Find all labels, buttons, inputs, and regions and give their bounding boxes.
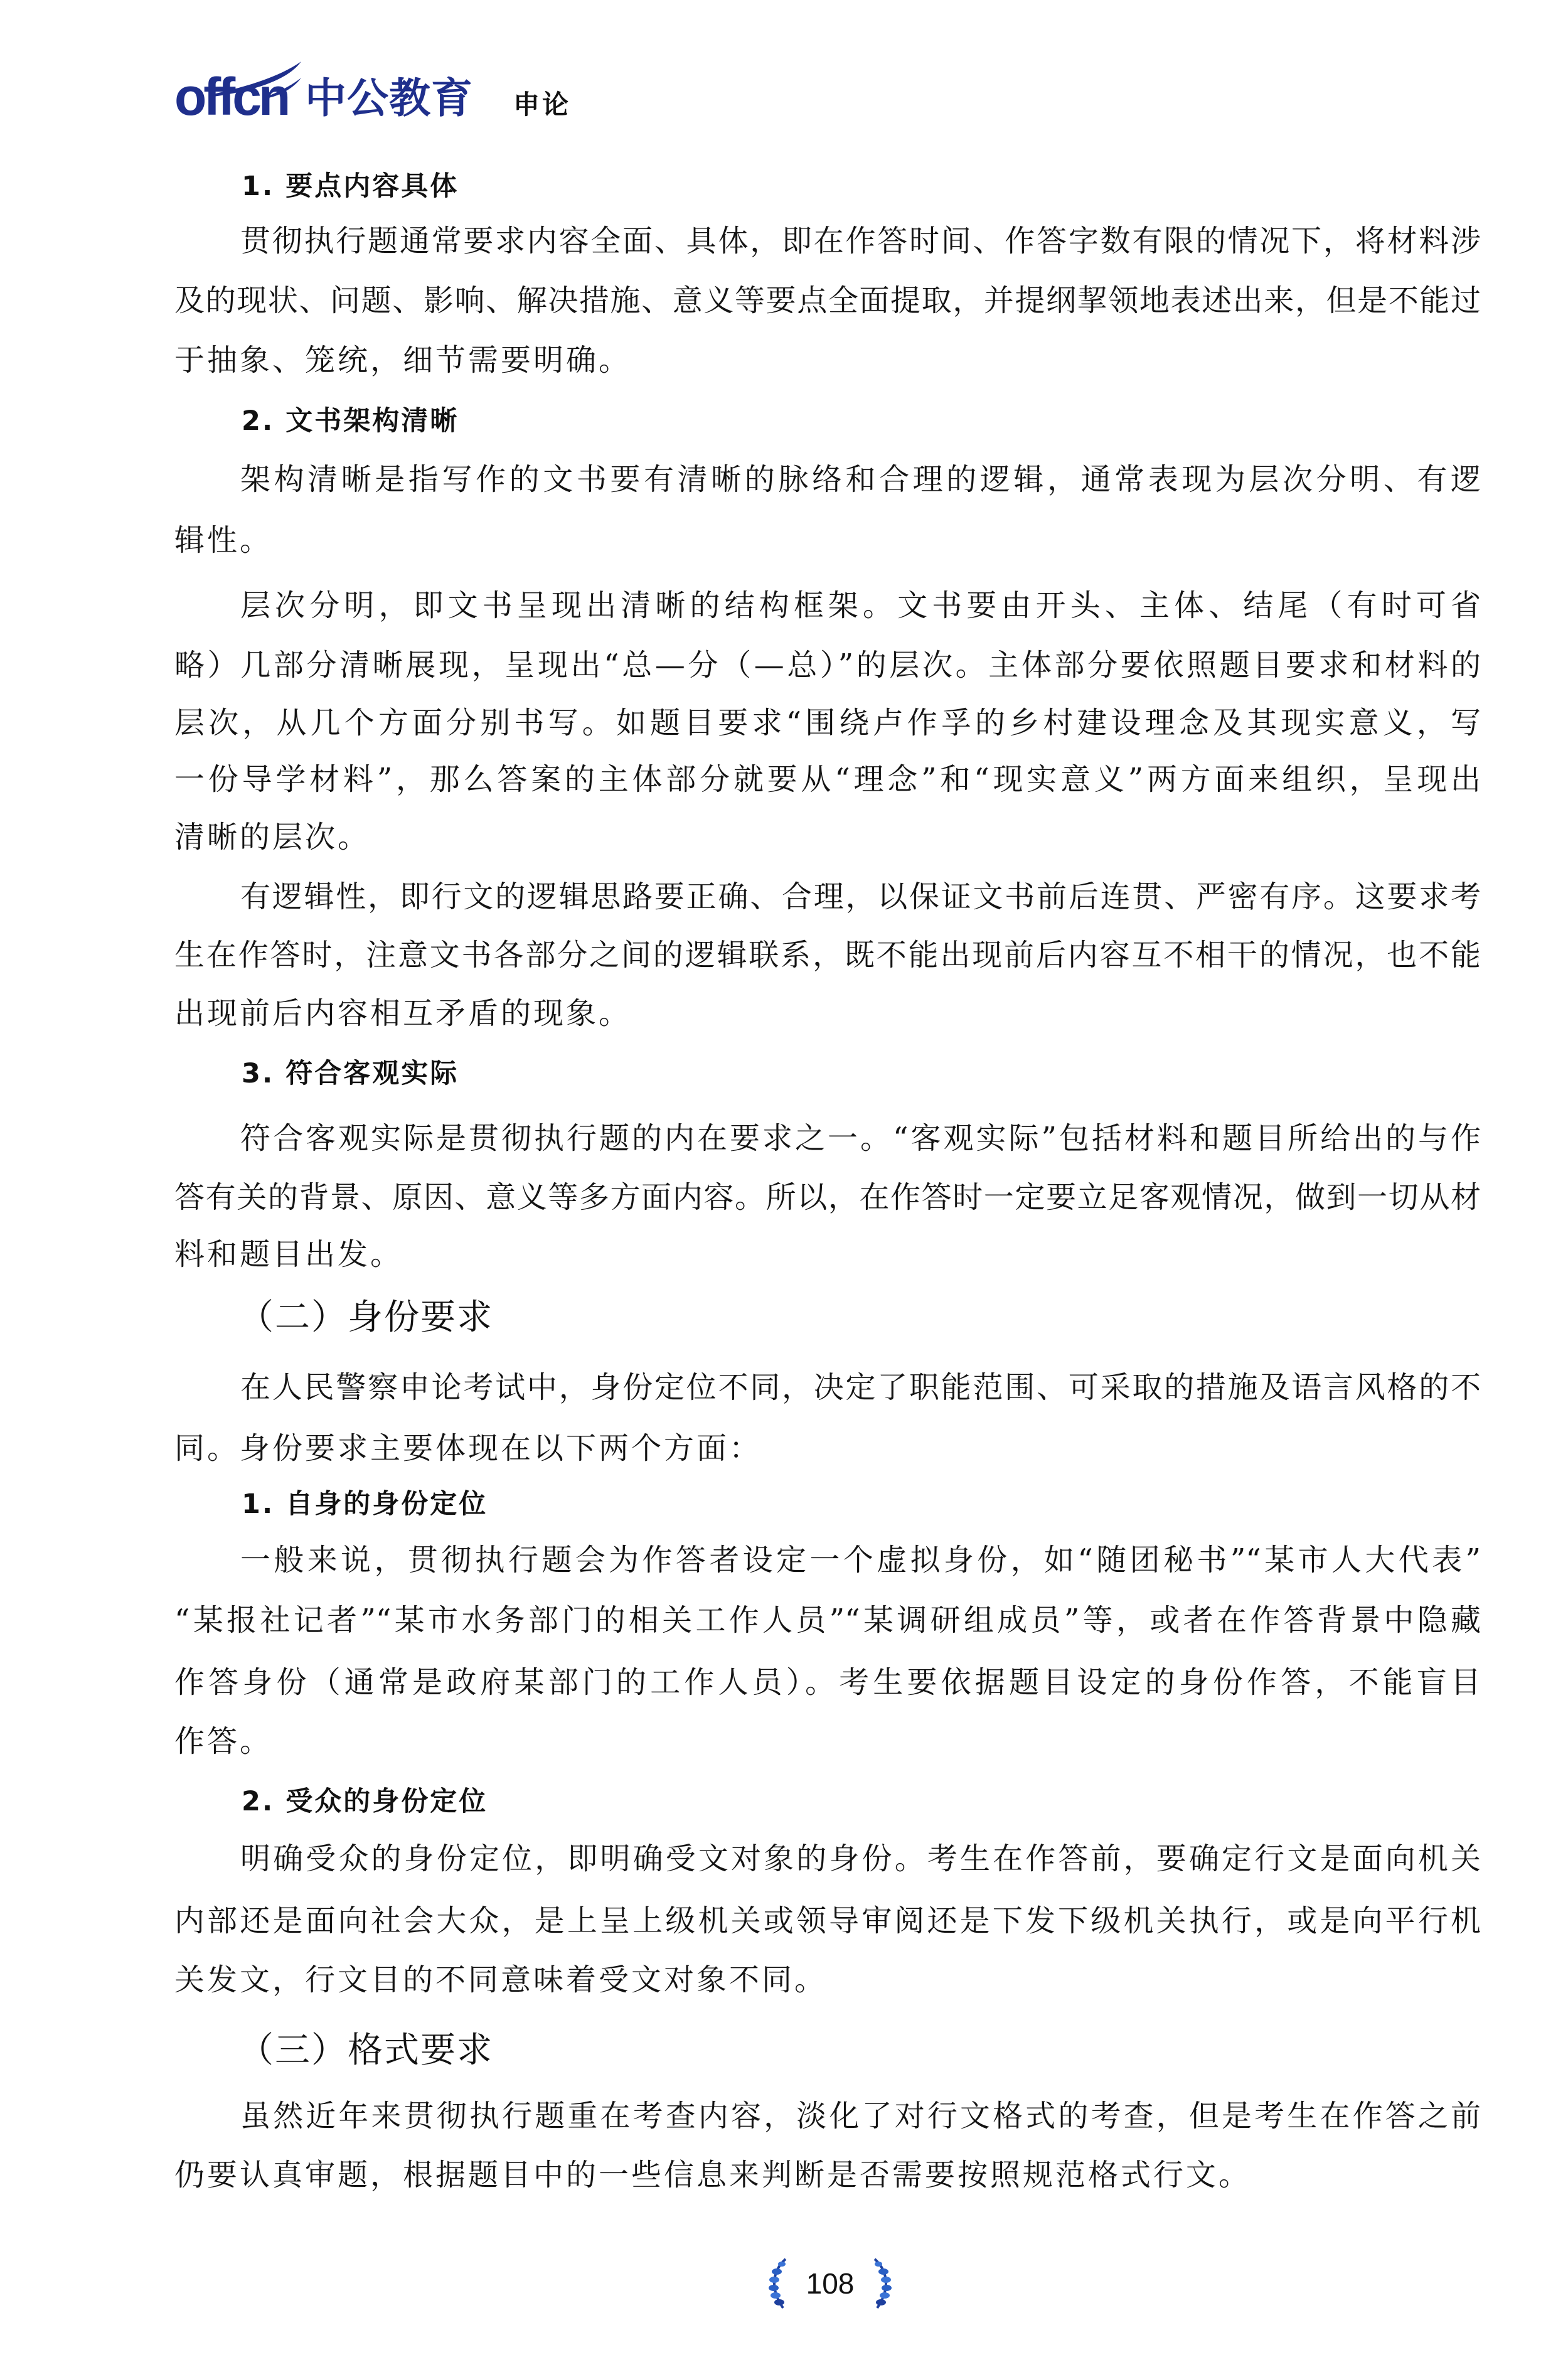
brand-logo-cn: 中公教育 — [305, 78, 473, 119]
text-line: 同。身份要求主要体现在以下两个方面： — [174, 1433, 762, 1463]
section-heading-identity: （二）身份要求 — [238, 1300, 493, 1335]
text-line: 一般来说，贯彻执行题会为作答者设定一个虚拟身份，如“随团秘书”“某市人大代表” — [240, 1545, 1481, 1575]
text-line: 出现前后内容相互矛盾的现象。 — [174, 998, 631, 1028]
text-line: 料和题目出发。 — [174, 1239, 403, 1269]
text-line: 仍要认真审题，根据题目中的一些信息来判断是否需要按照规范格式行文。 — [174, 2160, 1251, 2190]
subheading-3: 3. 符合客观实际 — [242, 1060, 459, 1087]
text-line: 清晰的层次。 — [174, 822, 370, 852]
text-line: 答有关的背景、原因、意义等多方面内容。所以，在作答时一定要立足客观情况，做到一切… — [174, 1182, 1481, 1212]
subheading-5: 2. 受众的身份定位 — [242, 1788, 488, 1815]
text-line: 生在作答时，注意文书各部分之间的逻辑联系，既不能出现前后内容互不相干的情况，也不… — [174, 940, 1481, 970]
page-number: 108 — [802, 2269, 858, 2298]
subheading-4: 1. 自身的身份定位 — [242, 1491, 488, 1518]
text-line: 层次，从几个方面分别书写。如题目要求“围绕卢作孚的乡村建设理念及其现实意义，写 — [174, 708, 1481, 738]
text-line: 虽然近年来贯彻执行题重在考查内容，淡化了对行文格式的考查，但是考生在作答之前 — [240, 2101, 1481, 2131]
text-line: 架构清晰是指写作的文书要有清晰的脉络和合理的逻辑，通常表现为层次分明、有逻 — [240, 464, 1481, 494]
page-number-footer: 108 — [764, 2257, 896, 2313]
text-line: 略）几部分清晰展现，呈现出“总—分（—总）”的层次。主体部分要依照题目要求和材料… — [174, 650, 1481, 680]
section-heading-format: （三）格式要求 — [238, 2033, 493, 2068]
text-line: 辑性。 — [174, 525, 272, 555]
subheading-1: 1. 要点内容具体 — [242, 173, 459, 200]
text-line: 作答身份（通常是政府某部门的工作人员）。考生要依据题目设定的身份作答，不能盲目 — [174, 1667, 1481, 1697]
text-line: “某报社记者”“某市水务部门的相关工作人员”“某调研组成员”等，或者在作答背景中… — [174, 1605, 1481, 1635]
brand-logo-en: offcn — [174, 70, 287, 123]
header-subject: 申论 — [513, 92, 571, 118]
laurel-right-icon — [868, 2257, 896, 2311]
text-line: 于抽象、笼统，细节需要明确。 — [174, 345, 631, 375]
text-line: 内部还是面向社会大众，是上呈上级机关或领导审阅还是下发下级机关执行，或是向平行机 — [174, 1906, 1481, 1936]
subheading-2: 2. 文书架构清晰 — [242, 408, 459, 435]
text-line: 关发文，行文目的不同意味着受文对象不同。 — [174, 1965, 827, 1995]
text-line: 明确受众的身份定位，即明确受文对象的身份。考生在作答前，要确定行文是面向机关 — [240, 1844, 1481, 1874]
text-line: 一份导学材料”，那么答案的主体部分就要从“理念”和“现实意义”两方面来组织，呈现… — [174, 764, 1481, 794]
text-line: 在人民警察申论考试中，身份定位不同，决定了职能范围、可采取的措施及语言风格的不 — [240, 1372, 1481, 1402]
text-line: 贯彻执行题通常要求内容全面、具体，即在作答时间、作答字数有限的情况下，将材料涉 — [240, 226, 1481, 256]
text-line: 及的现状、问题、影响、解决措施、意义等要点全面提取，并提纲挈领地表述出来，但是不… — [174, 286, 1481, 316]
text-line: 符合客观实际是贯彻执行题的内在要求之一。“客观实际”包括材料和题目所给出的与作 — [240, 1123, 1481, 1153]
text-line: 作答。 — [174, 1726, 272, 1756]
laurel-left-icon — [764, 2257, 792, 2311]
text-line: 有逻辑性，即行文的逻辑思路要正确、合理，以保证文书前后连贯、严密有序。这要求考 — [240, 882, 1481, 912]
text-line: 层次分明，即文书呈现出清晰的结构框架。文书要由开头、主体、结尾（有时可省 — [240, 590, 1481, 621]
